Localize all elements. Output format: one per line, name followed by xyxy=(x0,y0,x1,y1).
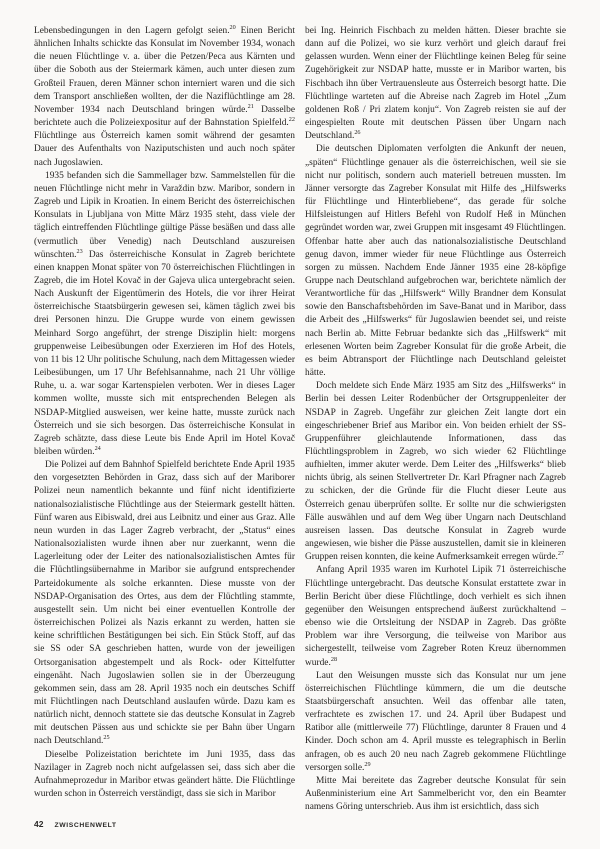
footnote-reference: 28 xyxy=(331,655,337,662)
paragraph: bei Ing. Heinrich Fischbach zu melden hä… xyxy=(305,25,566,143)
text-column-right: bei Ing. Heinrich Fischbach zu melden hä… xyxy=(305,25,566,814)
paragraph: Doch meldete sich Ende März 1935 am Sitz… xyxy=(305,380,566,564)
footnote-reference: 27 xyxy=(558,550,564,557)
paragraph: Anfang April 1935 waren im Kurhotel Lipi… xyxy=(305,564,566,669)
page-number: 42 xyxy=(34,819,43,829)
footnote-reference: 22 xyxy=(289,116,295,123)
paragraph: Dieselbe Polizeistation berichtete im Ju… xyxy=(34,749,295,802)
journal-name: ZWISCHENWELT xyxy=(54,822,116,829)
paragraph: Mitte Mai bereitete das Zagreber deutsch… xyxy=(305,775,566,814)
paragraph: Lebensbedingungen in den Lagern gefolgt … xyxy=(34,25,295,170)
footnote-reference: 25 xyxy=(103,734,109,741)
paragraph: 1935 befanden sich die Sammellager bzw. … xyxy=(34,170,295,459)
paragraph: Die deutschen Diplomaten verfolgten die … xyxy=(305,143,566,380)
footnote-reference: 23 xyxy=(77,248,83,255)
two-column-text-block: Lebensbedingungen in den Lagern gefolgt … xyxy=(34,25,566,814)
footnote-reference: 24 xyxy=(95,445,101,452)
paragraph: Laut den Weisungen musste sich das Konsu… xyxy=(305,670,566,775)
page-footer: 42 ZWISCHENWELT xyxy=(34,819,117,829)
footnote-reference: 26 xyxy=(354,129,360,136)
document-page: Lebensbedingungen in den Lagern gefolgt … xyxy=(0,0,600,849)
footnote-reference: 29 xyxy=(364,761,370,768)
footnote-reference: 20 xyxy=(230,24,236,31)
paragraph: Die Polizei auf dem Bahnhof Spielfeld be… xyxy=(34,459,295,748)
text-column-left: Lebensbedingungen in den Lagern gefolgt … xyxy=(34,25,295,814)
footnote-reference: 21 xyxy=(248,103,254,110)
